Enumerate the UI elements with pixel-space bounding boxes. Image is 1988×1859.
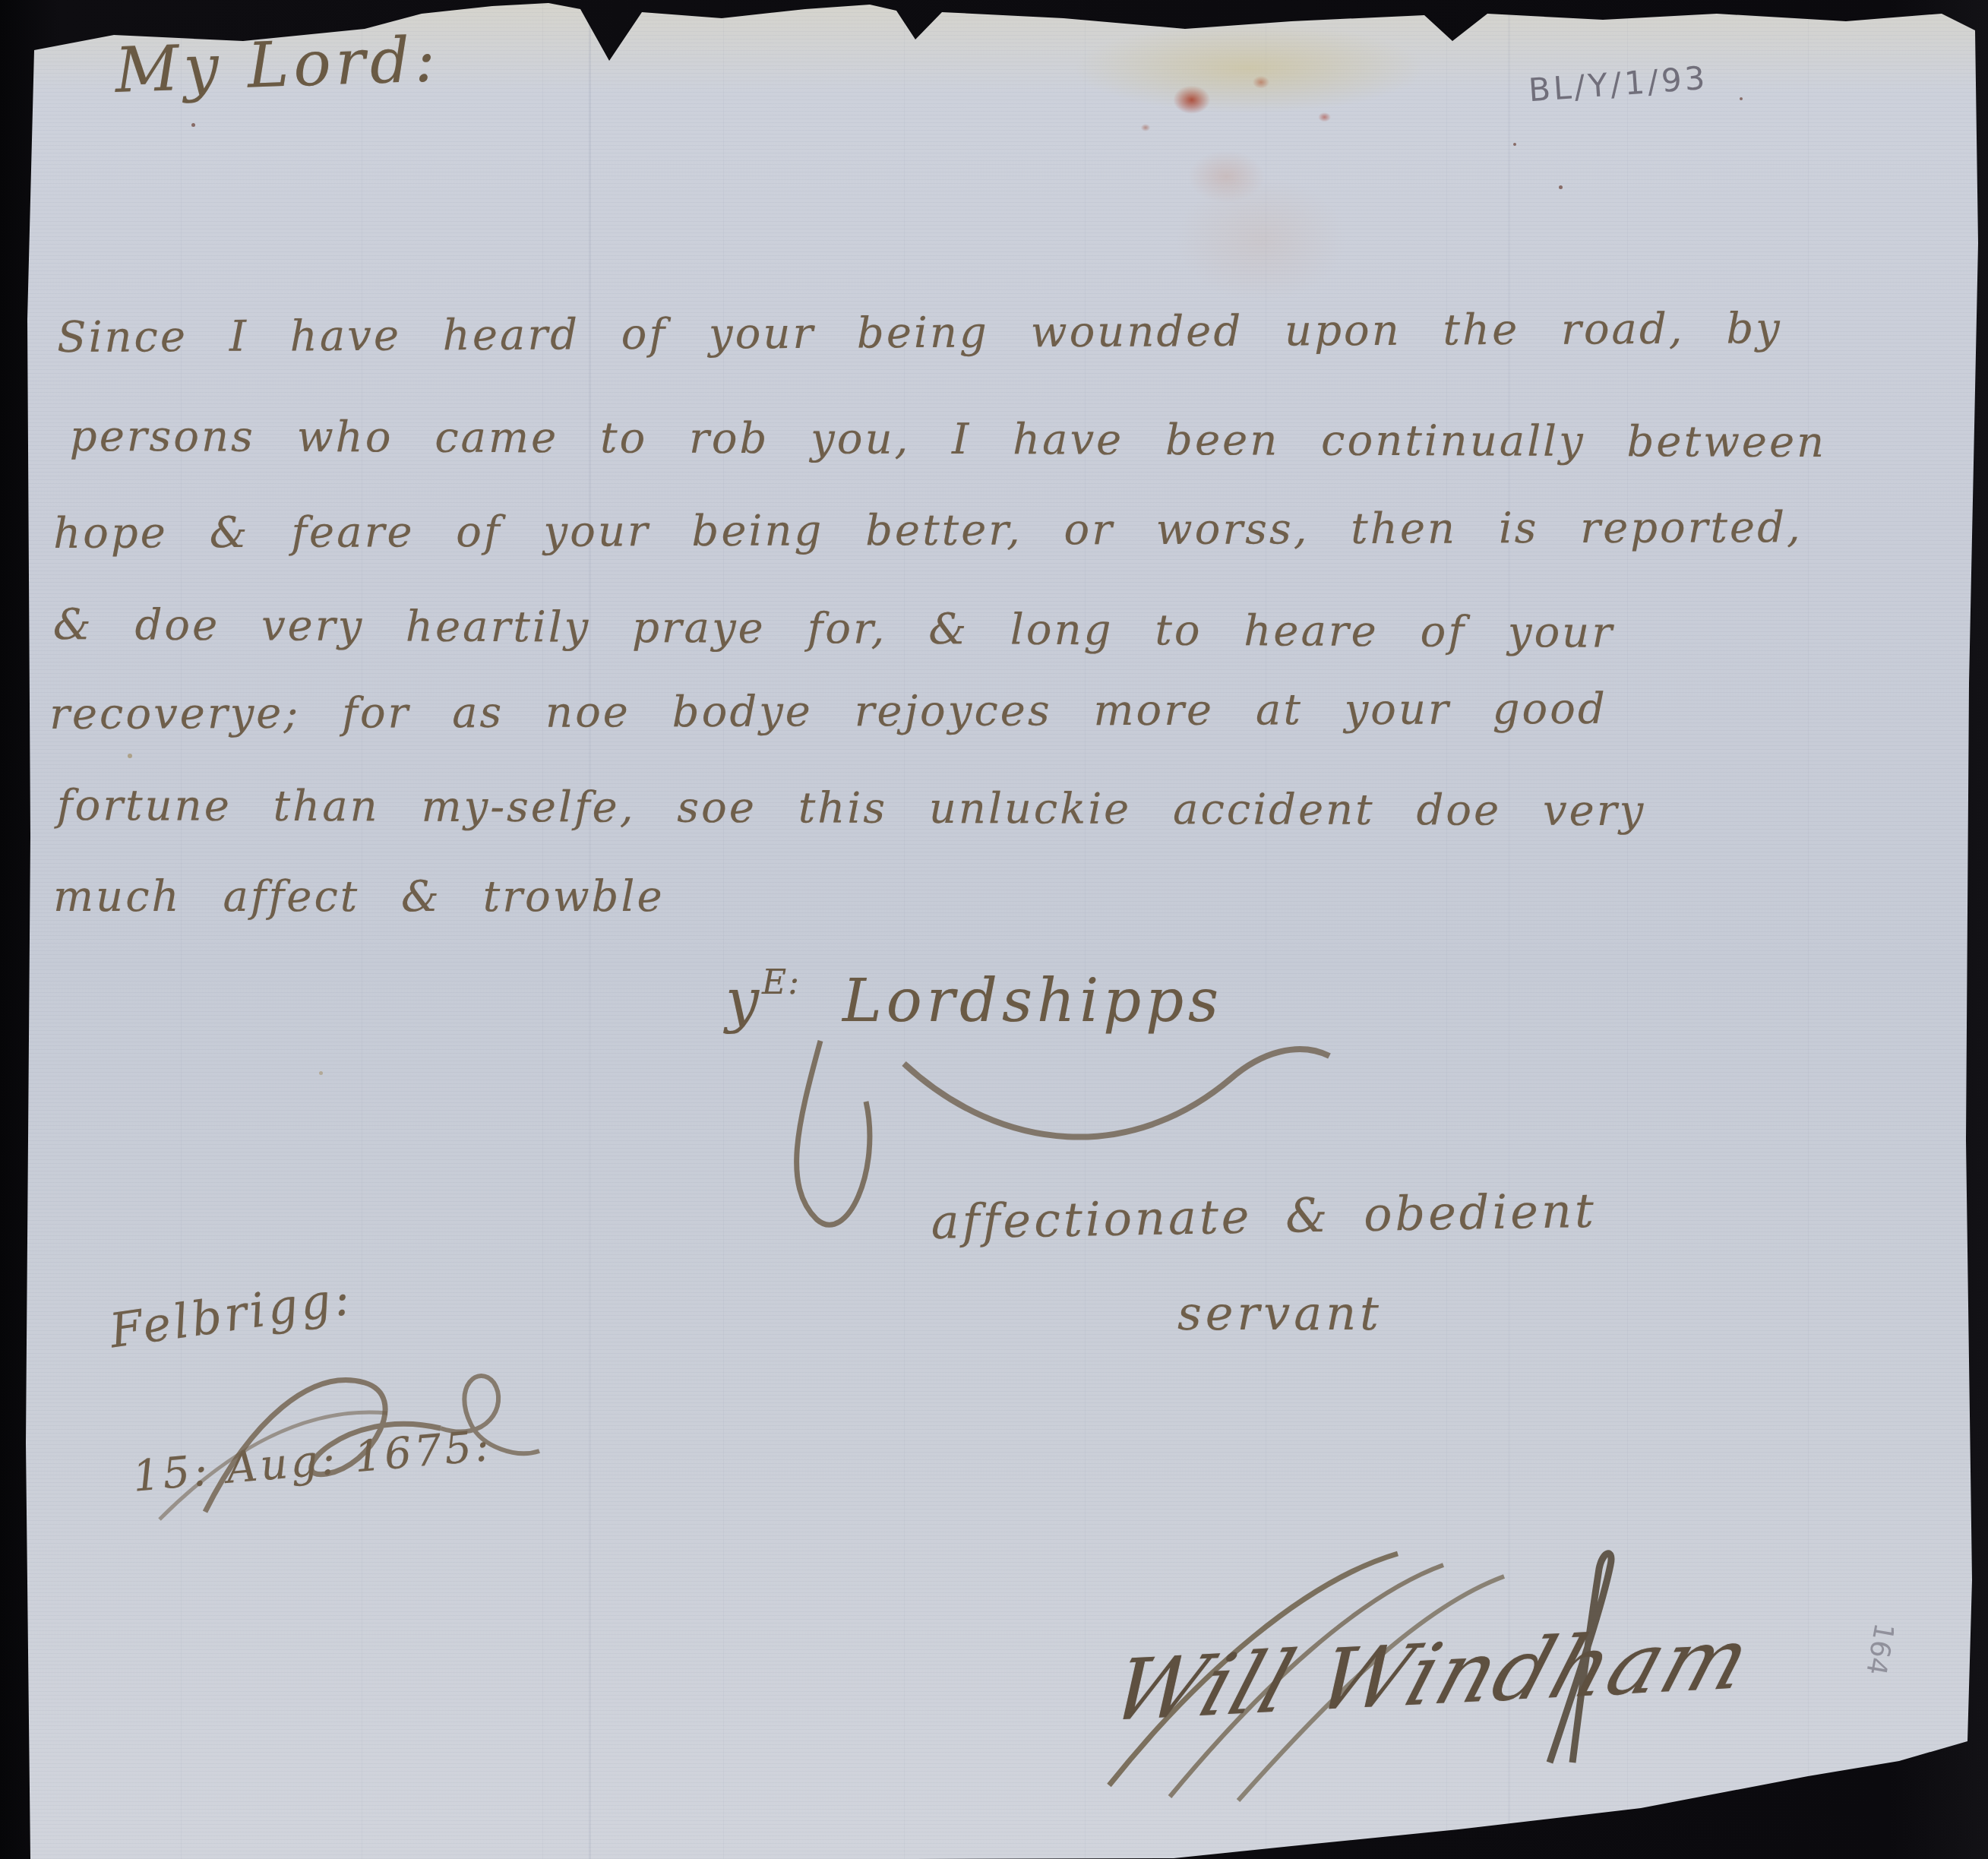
closing-superscript: E:	[762, 963, 801, 1002]
closing-servant: servant	[1177, 1285, 1383, 1341]
body-line-7: much affect & trowble	[53, 872, 665, 922]
stain-speck	[319, 1071, 323, 1075]
stain-speck	[1740, 97, 1743, 100]
stain-speck	[1513, 143, 1516, 146]
body-line-6: fortune than my-selfe, soe this unluckie…	[57, 781, 1645, 836]
body-line-2: persons who came to rob you, I have been…	[70, 412, 1827, 467]
scan-mount: BL/Y/1/93 164 My Lord: Since I have hear…	[0, 0, 1988, 1859]
body-line-4: & doe very heartily praye for, & long to…	[53, 600, 1615, 658]
closing-lordshipps: Lordshipps	[842, 967, 1223, 1035]
stain-speck	[1559, 185, 1563, 189]
body-line-3: hope & feare of your being better, or wo…	[53, 503, 1803, 558]
closing-prefix: y	[725, 967, 762, 1035]
signature: Will Windham	[1100, 1610, 1763, 1741]
body-line-5: recoverye; for as noe bodye rejoyces mor…	[49, 684, 1607, 739]
signature-block: Will Windham	[1079, 1535, 1823, 1823]
stain-speck	[128, 754, 132, 758]
fold-crease	[589, 0, 591, 1859]
salutation: My Lord:	[114, 24, 441, 107]
stain-speck	[191, 123, 195, 127]
body-line-1: Since I have heard of your being wounded…	[57, 304, 1782, 362]
letter-sheet: BL/Y/1/93 164 My Lord: Since I have hear…	[0, 0, 1988, 1859]
closing-your-lordshipps: yE:Lordshipps	[725, 963, 1223, 1035]
closing-affectionate-obedient: affectionate & obedient	[931, 1183, 1597, 1250]
